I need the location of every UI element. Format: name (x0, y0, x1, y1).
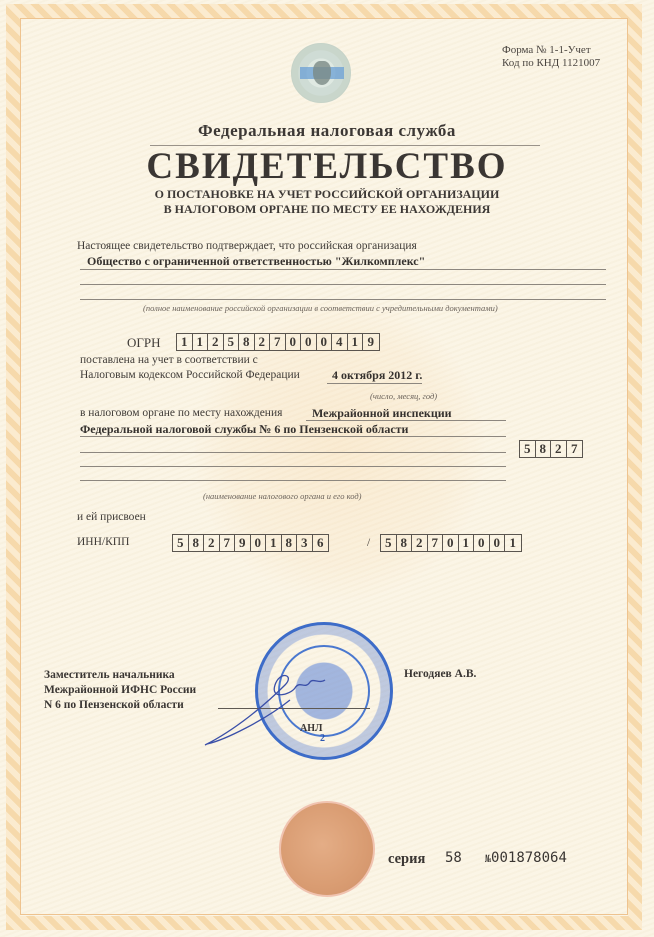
position-line-1: Заместитель начальника (44, 668, 196, 683)
kpp-digit: 0 (490, 535, 506, 551)
signatory-name: Негодяев А.В. (404, 668, 476, 680)
position-line-3: N 6 по Пензенской области (44, 698, 196, 713)
ogrn-digit: 2 (255, 334, 271, 350)
inn-field: 5827901836 (172, 534, 329, 552)
kpp-digit: 8 (397, 535, 413, 551)
subtitle-line-1: О ПОСТАНОВКЕ НА УЧЕТ РОССИЙСКОЙ ОРГАНИЗА… (0, 187, 654, 202)
kpp-digit: 2 (412, 535, 428, 551)
organization-intro: Настоящее свидетельство подтверждает, чт… (77, 240, 417, 252)
ogrn-label: ОГРН (127, 335, 161, 351)
registration-date: 4 октября 2012 г. (332, 368, 422, 383)
tax-authority-intro: в налоговом органе по месту нахождения (80, 407, 282, 419)
inn-digit: 5 (173, 535, 189, 551)
inn-digit: 1 (266, 535, 282, 551)
code-digit: 7 (567, 441, 583, 457)
tax-authority-hint: (наименование налогового органа и его ко… (203, 491, 362, 501)
signature-icon (195, 660, 335, 750)
inn-digit: 8 (189, 535, 205, 551)
ogrn-digit: 1 (193, 334, 209, 350)
ogrn-digit: 8 (239, 334, 255, 350)
inn-digit: 2 (204, 535, 220, 551)
ogrn-digit: 0 (317, 334, 333, 350)
inn-digit: 9 (235, 535, 251, 551)
ogrn-digit: 5 (224, 334, 240, 350)
kpp-digit: 5 (381, 535, 397, 551)
assigned-label: и ей присвоен (77, 511, 146, 523)
ogrn-digit: 0 (301, 334, 317, 350)
ogrn-digit: 7 (270, 334, 286, 350)
gold-seal-icon (279, 801, 375, 897)
inn-kpp-separator: / (367, 537, 370, 549)
ogrn-digit: 9 (363, 334, 379, 350)
date-hint: (число, месяц, год) (370, 391, 437, 401)
tax-authority-name-1: Межрайонной инспекции (312, 406, 452, 421)
inn-digit: 6 (313, 535, 329, 551)
inn-digit: 0 (251, 535, 267, 551)
kpp-digit: 1 (505, 535, 521, 551)
form-number: Форма № 1-1-Учет (502, 44, 600, 57)
series-label: серия (388, 851, 425, 868)
subtitle-line-2: В НАЛОГОВОМ ОРГАНЕ ПО МЕСТУ ЕЕ НАХОЖДЕНИ… (0, 202, 654, 217)
ogrn-digit: 1 (177, 334, 193, 350)
kpp-field: 582701001 (380, 534, 522, 552)
organization-name: Общество с ограниченной ответственностью… (87, 254, 425, 269)
inn-digit: 7 (220, 535, 236, 551)
kpp-digit: 0 (474, 535, 490, 551)
code-digit: 5 (520, 441, 536, 457)
agency-name: Федеральная налоговая служба (0, 121, 654, 141)
stamp-initials: АНЛ (300, 723, 322, 734)
serial-number: №001878064 (485, 850, 567, 866)
certificate-title: СВИДЕТЕЛЬСТВО (0, 145, 654, 188)
code-digit: 2 (551, 441, 567, 457)
inn-digit: 8 (282, 535, 298, 551)
series-number: 58 (445, 850, 462, 866)
inn-digit: 3 (297, 535, 313, 551)
certificate-page: Форма № 1-1-Учет Код по КНД 1121007 Феде… (0, 0, 654, 937)
knd-code: Код по КНД 1121007 (502, 57, 600, 70)
tax-authority-code-field: 5827 (519, 440, 583, 458)
kpp-digit: 1 (459, 535, 475, 551)
position-line-2: Межрайонной ИФНС России (44, 683, 196, 698)
inn-kpp-label: ИНН/КПП (77, 536, 129, 548)
signatory-position: Заместитель начальника Межрайонной ИФНС … (44, 668, 196, 713)
code-digit: 8 (536, 441, 552, 457)
kpp-digit: 0 (443, 535, 459, 551)
ogrn-field: 1125827000419 (176, 333, 380, 351)
tax-authority-name-2: Федеральной налоговой службы № 6 по Пенз… (80, 422, 408, 437)
registration-line-1: поставлена на учет в соответствии с (80, 354, 258, 366)
organization-hint: (полное наименование российской организа… (143, 303, 498, 313)
registration-line-2: Налоговым кодексом Российской Федерации (80, 369, 300, 381)
ogrn-digit: 2 (208, 334, 224, 350)
ogrn-digit: 4 (332, 334, 348, 350)
hologram-emblem-icon (291, 43, 351, 103)
ogrn-digit: 1 (348, 334, 364, 350)
kpp-digit: 7 (428, 535, 444, 551)
form-code: Форма № 1-1-Учет Код по КНД 1121007 (502, 44, 600, 70)
ogrn-digit: 0 (286, 334, 302, 350)
